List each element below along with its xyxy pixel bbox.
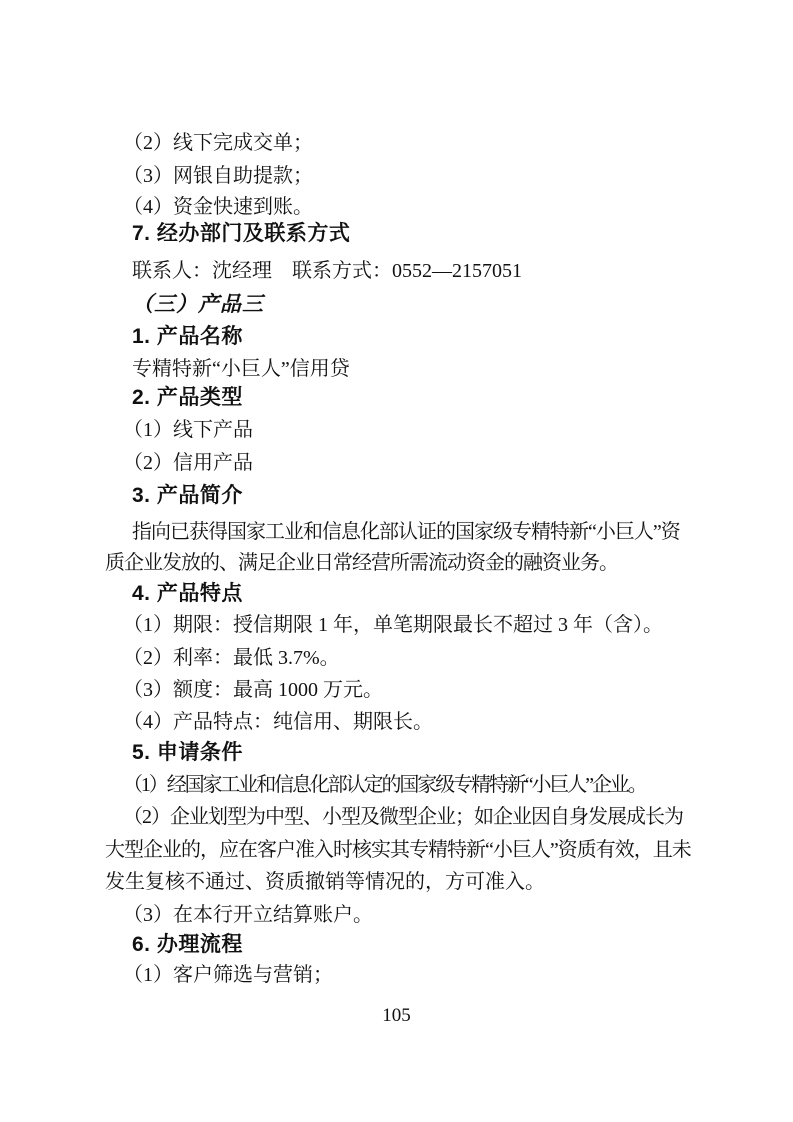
numbered-heading: 2. 产品类型 <box>105 385 737 411</box>
numbered-heading: 7. 经办部门及联系方式 <box>105 221 737 247</box>
list-item: （1）期限：授信期限 1 年，单笔期限最长不超过 3 年（含）。 <box>105 612 728 638</box>
list-item: （1）客户筛选与营销； <box>105 962 728 988</box>
list-item: （1）线下产品 <box>105 417 728 443</box>
list-item: （2）企业划型为中型、小型及微型企业；如企业因自身发展成长为 <box>105 804 728 830</box>
text-area: （2）线下完成交单； （3）网银自助提款； （4）资金快速到账。 7. 经办部门… <box>105 0 710 1122</box>
list-item: （2）信用产品 <box>105 450 728 476</box>
numbered-heading: 3. 产品简介 <box>105 483 737 509</box>
list-item: （1）经国家工业和信息化部认定的国家级专精特新“小巨人”企业。 <box>105 772 728 798</box>
body-paragraph-line: 发生复核不通过、资质撤销等情况的，方可准入。 <box>105 869 710 895</box>
list-item: （4）产品特点：纯信用、期限长。 <box>105 709 728 735</box>
list-item: （3）额度：最高 1000 万元。 <box>105 677 728 703</box>
contact-line: 联系人：沈经理 联系方式：0552—2157051 <box>105 258 737 284</box>
list-item: （2）利率：最低 3.7%。 <box>105 645 728 671</box>
page-number: 105 <box>0 1003 793 1029</box>
numbered-heading: 5. 申请条件 <box>105 740 737 766</box>
numbered-heading: 1. 产品名称 <box>105 324 737 350</box>
list-item: （2）线下完成交单； <box>105 130 728 156</box>
body-paragraph-line: 指向已获得国家工业和信息化部认证的国家级专精特新“小巨人”资 <box>105 519 737 545</box>
list-item: （4）资金快速到账。 <box>105 194 728 220</box>
body-paragraph-line: 大型企业的，应在客户准入时核实其专精特新“小巨人”资质有效，且未 <box>105 837 710 863</box>
body-paragraph-line: 专精特新“小巨人”信用贷 <box>105 356 737 382</box>
list-item: （3）网银自助提款； <box>105 163 728 189</box>
numbered-heading: 4. 产品特点 <box>105 581 737 607</box>
document-page: （2）线下完成交单； （3）网银自助提款； （4）资金快速到账。 7. 经办部门… <box>0 0 793 1122</box>
list-item: （3）在本行开立结算账户。 <box>105 902 728 928</box>
numbered-heading: 6. 办理流程 <box>105 932 737 958</box>
body-paragraph-line: 质企业发放的、满足企业日常经营所需流动资金的融资业务。 <box>105 550 710 576</box>
section-heading: （三）产品三 <box>105 291 737 317</box>
